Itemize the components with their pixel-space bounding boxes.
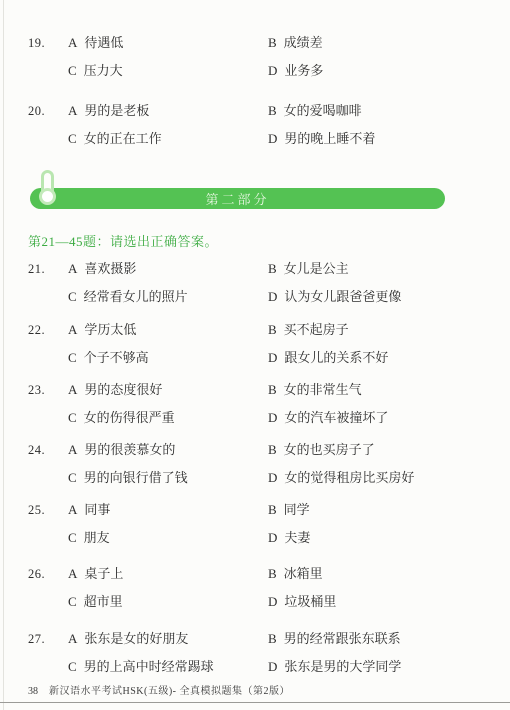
page-edge-bottom-line	[0, 702, 510, 703]
option-c: C女的正在工作	[68, 125, 162, 153]
question-block-19: 19. A待遇低 B成绩差 C压力大 D业务多	[0, 29, 510, 85]
question-block-21: 21. A喜欢摄影 B女儿是公主 C经常看女儿的照片 D认为女儿跟爸爸更像	[0, 255, 510, 311]
option-b: B买不起房子	[268, 316, 349, 344]
option-d: D张东是男的大学同学	[268, 653, 401, 681]
section-banner: 第二部分	[30, 188, 445, 209]
option-a: A待遇低	[68, 29, 123, 57]
question-number: 22.	[28, 316, 45, 344]
option-b: B女的爱喝咖啡	[268, 97, 362, 125]
option-d: D夫妻	[268, 524, 310, 552]
option-b: B男的经常跟张东联系	[268, 625, 401, 653]
instruction-text: 第21—45题：请选出正确答案。	[28, 231, 218, 250]
option-b: B女儿是公主	[268, 255, 349, 283]
option-a: A桌子上	[68, 560, 123, 588]
option-b: B女的非常生气	[268, 376, 362, 404]
question-number: 23.	[28, 376, 45, 404]
question-number: 24.	[28, 436, 45, 464]
question-block-24: 24. A男的很羡慕女的 B女的也买房子了 C男的向银行借了钱 D女的觉得租房比…	[0, 436, 510, 492]
option-c: C男的向银行借了钱	[68, 464, 188, 492]
option-a: A喜欢摄影	[68, 255, 136, 283]
option-b: B同学	[268, 496, 310, 524]
option-a: A男的是老板	[68, 97, 149, 125]
option-b: B成绩差	[268, 29, 323, 57]
question-block-20: 20. A男的是老板 B女的爱喝咖啡 C女的正在工作 D男的晚上睡不着	[0, 97, 510, 153]
option-c: C朋友	[68, 524, 110, 552]
question-block-26: 26. A桌子上 B冰箱里 C超市里 D垃圾桶里	[0, 560, 510, 616]
option-d: D认为女儿跟爸爸更像	[268, 283, 401, 311]
book-title: 新汉语水平考试HSK(五级)- 全真模拟题集（第2版）	[49, 682, 290, 697]
option-d: D垃圾桶里	[268, 588, 336, 616]
question-block-27: 27. A张东是女的好朋友 B男的经常跟张东联系 C男的上高中时经常踢球 D张东…	[0, 625, 510, 681]
option-d: D业务多	[268, 57, 323, 85]
question-number: 20.	[28, 97, 45, 125]
option-d: D男的晚上睡不着	[268, 125, 375, 153]
pin-head-icon	[39, 188, 56, 205]
question-number: 21.	[28, 255, 45, 283]
option-a: A学历太低	[68, 316, 136, 344]
option-c: C个子不够高	[68, 344, 149, 372]
exam-page: 19. A待遇低 B成绩差 C压力大 D业务多 20. A男的是老板 B女的爱喝…	[0, 0, 510, 710]
question-number: 25.	[28, 496, 45, 524]
question-block-25: 25. A同事 B同学 C朋友 D夫妻	[0, 496, 510, 552]
option-c: C超市里	[68, 588, 123, 616]
option-c: C女的伤得很严重	[68, 404, 175, 432]
option-d: D女的觉得租房比买房好	[268, 464, 414, 492]
question-number: 19.	[28, 29, 45, 57]
option-c: C经常看女儿的照片	[68, 283, 188, 311]
section-banner-label: 第二部分	[205, 189, 269, 208]
option-d: D跟女儿的关系不好	[268, 344, 388, 372]
option-a: A男的很羡慕女的	[68, 436, 175, 464]
question-number: 27.	[28, 625, 45, 653]
question-block-22: 22. A学历太低 B买不起房子 C个子不够高 D跟女儿的关系不好	[0, 316, 510, 372]
option-c: C压力大	[68, 57, 123, 85]
page-footer: 38 新汉语水平考试HSK(五级)- 全真模拟题集（第2版）	[28, 682, 290, 697]
option-a: A同事	[68, 496, 110, 524]
page-number: 38	[28, 686, 38, 697]
option-c: C男的上高中时经常踢球	[68, 653, 214, 681]
option-a: A张东是女的好朋友	[68, 625, 188, 653]
option-d: D女的汽车被撞坏了	[268, 404, 388, 432]
question-block-23: 23. A男的态度很好 B女的非常生气 C女的伤得很严重 D女的汽车被撞坏了	[0, 376, 510, 432]
option-a: A男的态度很好	[68, 376, 162, 404]
option-b: B女的也买房子了	[268, 436, 375, 464]
option-b: B冰箱里	[268, 560, 323, 588]
question-number: 26.	[28, 560, 45, 588]
